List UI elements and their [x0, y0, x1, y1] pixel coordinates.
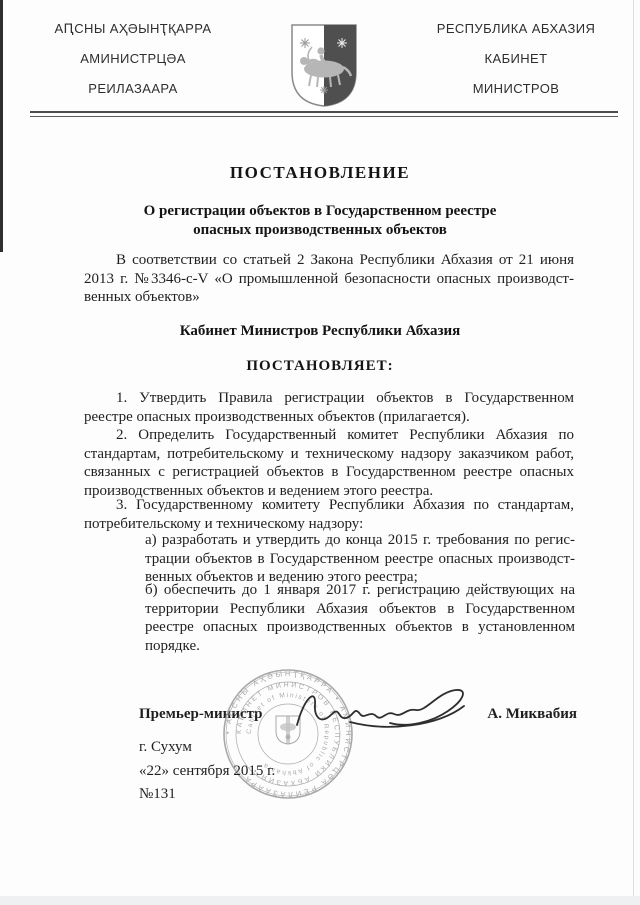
text-line: б) обеспечить до 1 января 2017 г. регист…: [145, 581, 575, 600]
text-line: 2013 г. №3346-с-V «О промышленной безопа…: [84, 270, 574, 289]
text-line: В соответствии со статьей 2 Закона Респу…: [84, 251, 574, 270]
intro-paragraph: В соответствии со статьей 2 Закона Респу…: [84, 251, 574, 307]
document-title: ПОСТАНОВЛЕНИЕ: [0, 163, 640, 183]
text-line: трации объектов в Государственном реестр…: [145, 550, 575, 569]
text-line: а) разработать и утвердить до конца 2015…: [145, 531, 575, 550]
header-russian: РЕСПУБЛИКА АБХАЗИЯ КАБИНЕТ МИНИСТРОВ: [420, 14, 612, 104]
authority-line: Кабинет Министров Республики Абхазия: [0, 322, 640, 341]
subtitle-line: О регистрации объектов в Государственном…: [0, 202, 640, 221]
decree-subitem-a: а) разработать и утвердить до конца 2015…: [145, 531, 575, 587]
footer-date: «22» сентября 2015 г.: [139, 763, 275, 780]
decree-item-3: 3. Государственному комитету Республики …: [84, 496, 574, 533]
handwritten-signature: [292, 680, 472, 745]
header-right-line: РЕСПУБЛИКА АБХАЗИЯ: [420, 14, 612, 44]
decree-item-1: 1. Утвердить Правила регистрации объекто…: [84, 389, 574, 426]
abkhazia-coat-of-arms-icon: [288, 22, 360, 115]
signer-name: А. Миквабия: [470, 706, 577, 723]
text-line: реестре опасных производственных объекто…: [84, 408, 574, 427]
document-subtitle: О регистрации объектов в Государственном…: [0, 202, 640, 240]
header-abkhazian: АԤСНЫ АҲӘЫНҬҚАРРА АМИНИСТРЦӘА РЕИЛАЗААРА: [35, 14, 231, 104]
header-right-line: МИНИСТРОВ: [420, 74, 612, 104]
decree-item-2: 2. Определить Государственный комитет Ре…: [84, 426, 574, 500]
header-left-line: РЕИЛАЗААРА: [35, 74, 231, 104]
subtitle-line: опасных производственных объектов: [0, 221, 640, 240]
decree-subitem-b: б) обеспечить до 1 января 2017 г. регист…: [145, 581, 575, 655]
text-line: стандартам, потребительскому и техническ…: [84, 445, 574, 464]
scan-edge-artifact-right: [633, 0, 634, 905]
header-left-line: АМИНИСТРЦӘА: [35, 44, 231, 74]
scan-bottom-strip: [0, 896, 640, 905]
resolves-line: ПОСТАНОВЛЯЕТ:: [0, 357, 640, 376]
text-line: реестре опасных производственных объекто…: [145, 618, 575, 637]
text-line: связанных с регистрацией объектов в Госу…: [84, 463, 574, 482]
footer-number: №131: [139, 786, 176, 803]
text-line: порядке.: [145, 637, 575, 656]
text-line: 3. Государственному комитету Республики …: [84, 496, 574, 515]
header-separator-rule: [30, 111, 618, 117]
header-right-line: КАБИНЕТ: [420, 44, 612, 74]
scanned-decree-page: АԤСНЫ АҲӘЫНҬҚАРРА АМИНИСТРЦӘА РЕИЛАЗААРА: [0, 0, 640, 905]
text-line: 2. Определить Государственный комитет Ре…: [84, 426, 574, 445]
header-left-line: АԤСНЫ АҲӘЫНҬҚАРРА: [35, 14, 231, 44]
text-line: территории Республики Абхазия объектов в…: [145, 600, 575, 619]
text-line: 1. Утвердить Правила регистрации объекто…: [84, 389, 574, 408]
footer-city: г. Сухум: [139, 739, 192, 756]
text-line: венных объектов»: [84, 288, 574, 307]
